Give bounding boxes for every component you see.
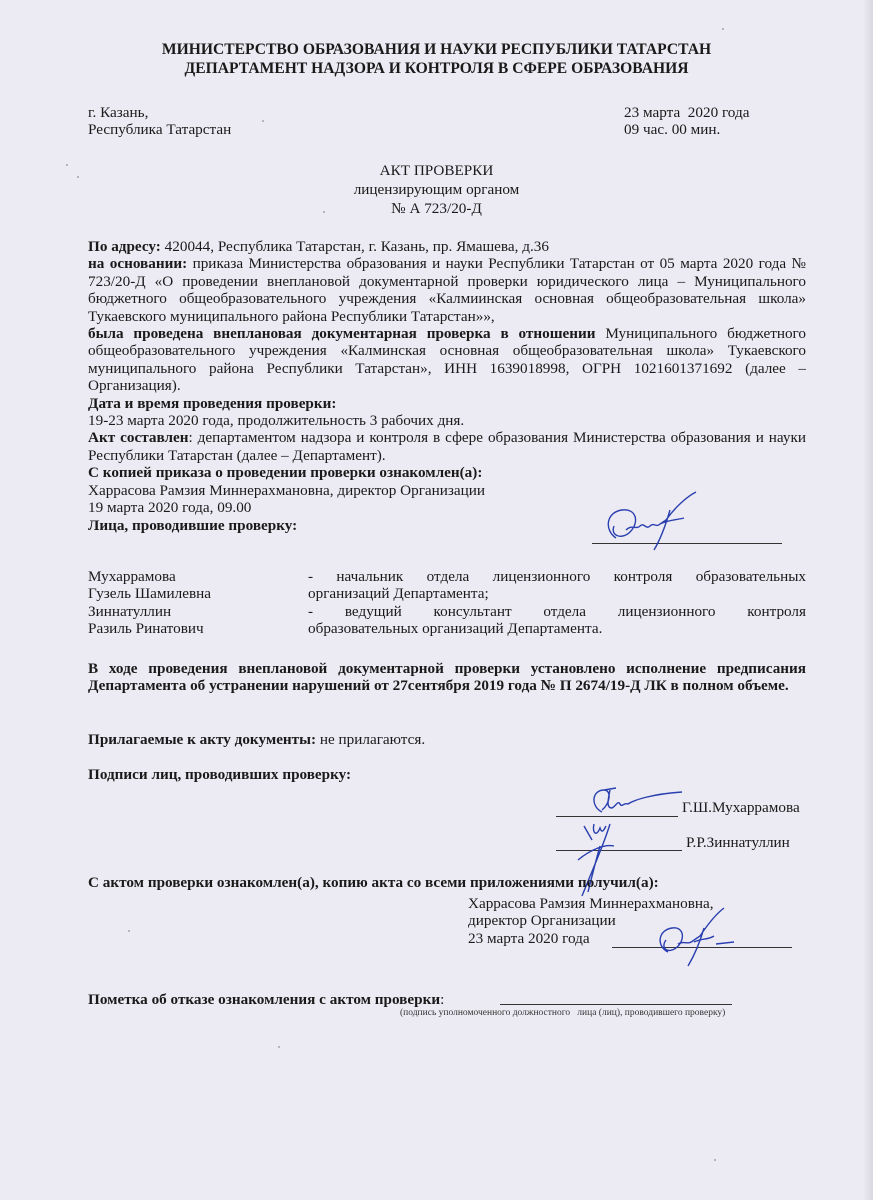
inspector-surname: Мухаррамова xyxy=(88,568,308,585)
address-paragraph: По адресу: 420044, Республика Татарстан,… xyxy=(88,238,806,255)
refusal-signature-line xyxy=(500,1004,732,1005)
composed-paragraph: Акт составлен: департаментом надзора и к… xyxy=(88,429,806,464)
inspector1-signature-icon xyxy=(582,784,692,820)
signature2-name: Р.Р.Зиннатуллин xyxy=(686,834,790,851)
inspection-label: была проведена внеплановая документарная… xyxy=(88,325,596,342)
place-block: г. Казань, Республика Татарстан xyxy=(88,104,231,139)
address-label: По адресу: xyxy=(88,238,161,255)
dates-value: 19-23 марта 2020 года, продолжительность… xyxy=(88,412,806,429)
title-number: № А 723/20-Д xyxy=(0,199,873,218)
address-value: 420044, Республика Татарстан, г. Казань,… xyxy=(161,238,549,255)
inspector-role-cell: - ведущий консультант отдела лицензионно… xyxy=(308,603,806,638)
refusal-footnote: (подпись уполномоченного должностного ли… xyxy=(400,1008,725,1019)
basis-paragraph: на основании: приказа Министерства образ… xyxy=(88,255,806,325)
scan-speck xyxy=(262,120,264,122)
inspector-given-name: Разиль Ринатович xyxy=(88,620,308,637)
refusal-colon: : xyxy=(440,991,444,1008)
director-received-signature-icon xyxy=(648,906,748,968)
scan-speck xyxy=(323,211,325,213)
inspector-role-cell: - начальник отдела лицензионного контрол… xyxy=(308,568,806,603)
basis-label: на основании: xyxy=(88,255,187,272)
composed-label: Акт составлен xyxy=(88,429,188,446)
copy-label: С копией приказа о проведении проверки о… xyxy=(88,464,806,481)
basis-value: приказа Министерства образования и науки… xyxy=(88,255,806,324)
director-signature-icon xyxy=(596,490,716,552)
composed-value: : департаментом надзора и контроля в сфе… xyxy=(88,429,806,463)
inspector-surname: Зиннатуллин xyxy=(88,603,308,620)
document-page: МИНИСТЕРСТВО ОБРАЗОВАНИЯ И НАУКИ РЕСПУБЛ… xyxy=(0,0,873,1200)
act-time: 09 час. 00 мин. xyxy=(624,121,749,138)
title-sub: лицензирующим органом xyxy=(0,180,873,199)
act-title: АКТ ПРОВЕРКИ лицензирующим органом № А 7… xyxy=(0,161,873,218)
conclusion-paragraph: В ходе проведения внеплановой документар… xyxy=(88,660,806,695)
refusal-paragraph: Пометка об отказе ознакомления с актом п… xyxy=(88,991,444,1008)
dates-label: Дата и время проведения проверки: xyxy=(88,395,806,412)
signatures-label: Подписи лиц, проводивших проверку: xyxy=(88,766,351,783)
inspector-row: Мухаррамова Гузель Шамилевна - начальник… xyxy=(88,568,806,603)
scan-edge xyxy=(863,0,873,1200)
signature1-name: Г.Ш.Мухаррамова xyxy=(682,799,800,816)
title-main: АКТ ПРОВЕРКИ xyxy=(0,161,873,180)
scan-speck xyxy=(278,1046,280,1048)
inspector-name-cell: Зиннатуллин Разиль Ринатович xyxy=(88,603,308,638)
attachments-value: не прилагаются. xyxy=(316,731,425,748)
inspectors-table: Мухаррамова Гузель Шамилевна - начальник… xyxy=(88,568,806,638)
header-department: ДЕПАРТАМЕНТ НАДЗОРА И КОНТРОЛЯ В СФЕРЕ О… xyxy=(0,59,873,78)
header-ministry: МИНИСТЕРСТВО ОБРАЗОВАНИЯ И НАУКИ РЕСПУБЛ… xyxy=(0,40,873,59)
datetime-block: 23 марта 2020 года 09 час. 00 мин. xyxy=(624,104,749,139)
inspector-name-cell: Мухаррамова Гузель Шамилевна xyxy=(88,568,308,603)
inspector-role-line: образовательных организаций Департамента… xyxy=(308,620,806,637)
refusal-label: Пометка об отказе ознакомления с актом п… xyxy=(88,991,440,1008)
act-date: 23 марта 2020 года xyxy=(624,104,749,121)
attachments-paragraph: Прилагаемые к акту документы: не прилага… xyxy=(88,731,425,748)
inspector-role-line: - начальник отдела лицензионного контрол… xyxy=(308,568,806,585)
scan-speck xyxy=(714,1159,716,1161)
inspector-given-name: Гузель Шамилевна xyxy=(88,585,308,602)
scan-speck xyxy=(77,176,79,178)
received-label: С актом проверки ознакомлен(а), копию ак… xyxy=(88,874,659,891)
scan-speck xyxy=(722,28,724,30)
place-region: Республика Татарстан xyxy=(88,121,231,138)
inspector-role-line: организаций Департамента; xyxy=(308,585,806,602)
inspector-row: Зиннатуллин Разиль Ринатович - ведущий к… xyxy=(88,603,806,638)
inspector-role-line: - ведущий консультант отдела лицензионно… xyxy=(308,603,806,620)
scan-speck xyxy=(128,930,130,932)
ministry-header: МИНИСТЕРСТВО ОБРАЗОВАНИЯ И НАУКИ РЕСПУБЛ… xyxy=(0,40,873,78)
inspection-paragraph: была проведена внеплановая документарная… xyxy=(88,325,806,395)
place-city: г. Казань, xyxy=(88,104,231,121)
scan-speck xyxy=(66,164,68,166)
attachments-label: Прилагаемые к акту документы: xyxy=(88,731,316,748)
